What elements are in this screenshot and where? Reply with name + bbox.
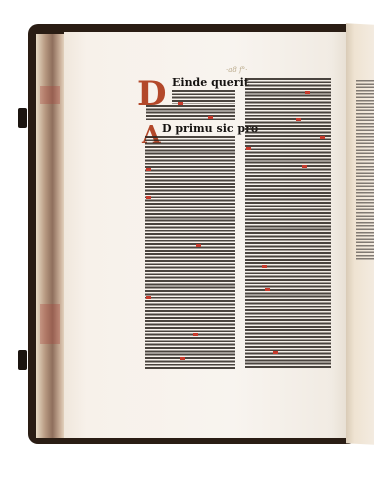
rubric-mark bbox=[208, 116, 213, 119]
rubric-mark bbox=[193, 333, 198, 336]
text-column-right bbox=[245, 78, 331, 368]
rubric-mark bbox=[296, 118, 301, 121]
rubric-mark bbox=[146, 196, 151, 199]
page-edges bbox=[36, 34, 66, 438]
right-page-text bbox=[356, 80, 374, 260]
text-block-2 bbox=[146, 105, 235, 120]
heading-deinde: Einde querit bbox=[172, 76, 249, 89]
rubric-mark bbox=[178, 102, 183, 105]
rubric-mark bbox=[273, 351, 278, 354]
rubric-mark bbox=[180, 357, 185, 360]
rubric-mark bbox=[262, 265, 267, 268]
heading-ad-primum: D primu sic pro bbox=[162, 122, 258, 135]
folio-mark: ·a8 f°· bbox=[226, 66, 247, 74]
clasp-top bbox=[18, 108, 27, 128]
rubric-mark bbox=[320, 136, 325, 139]
rubric-mark bbox=[246, 147, 251, 150]
clasp-bottom bbox=[18, 350, 27, 370]
rubric-mark bbox=[146, 296, 151, 299]
rubric-mark bbox=[305, 91, 310, 94]
rubric-mark bbox=[196, 244, 201, 247]
rubric-mark bbox=[146, 168, 151, 171]
rubric-mark bbox=[265, 288, 270, 291]
text-column-left bbox=[145, 136, 235, 369]
rubric-mark bbox=[302, 165, 307, 168]
